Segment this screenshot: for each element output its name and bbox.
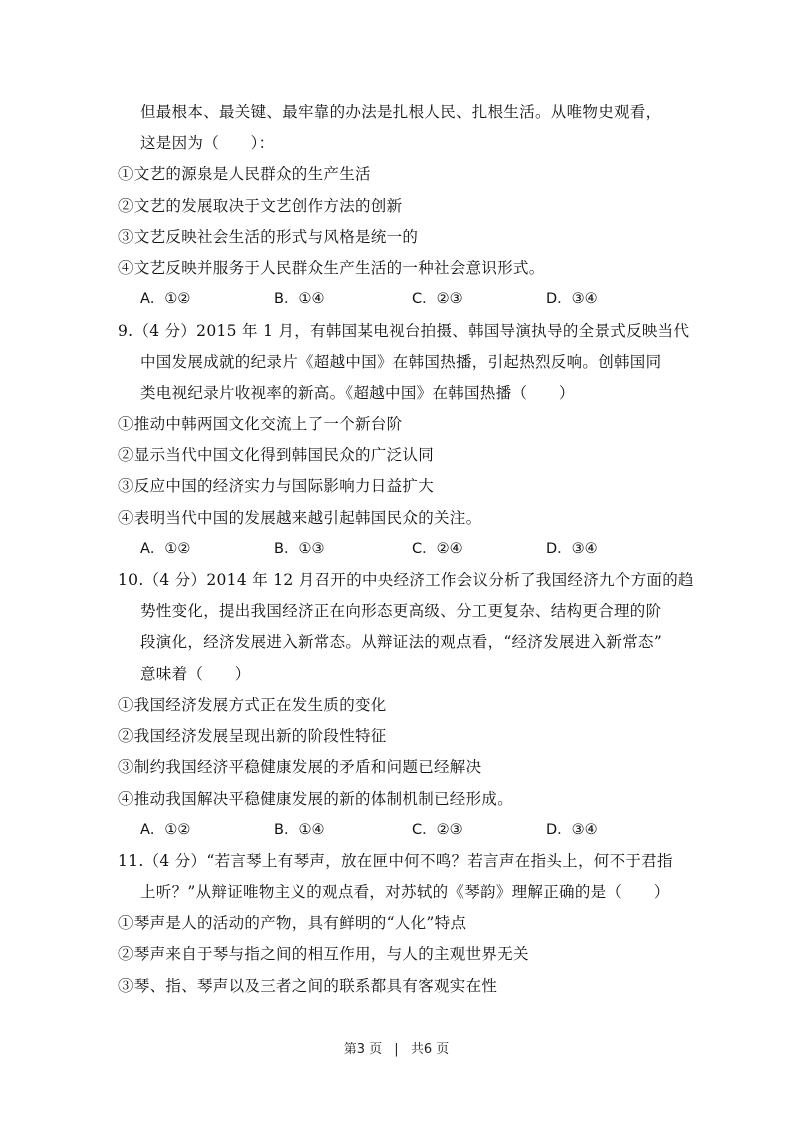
statement-option: ①文艺的源泉是人民群众的生产生活 [118,164,371,184]
page-footer: 第3 页 | 共6 页 [0,1038,793,1057]
choice-a: A．①② [140,539,190,559]
question-stem-line: 上听？”从辩证唯物主义的观点看，对苏轼的《琴韵》理解正确的是（ ） [140,882,670,902]
question-stem-line: 势性变化，提出我国经济正在向形态更高级、分工更复杂、结构更合理的阶 [140,601,661,621]
question-stem-line: 意味着（ ） [140,664,251,684]
question-text-line: 但最根本、最关键、最牢靠的办法是扎根人民、扎根生活。从唯物史观看， [140,102,661,122]
choice-c: C．②④ [412,539,463,559]
question-stem-line: 段演化，经济发展进入新常态。从辩证法的观点看，“经济发展进入新常态” [140,632,662,652]
statement-option: ②我国经济发展呈现出新的阶段性特征 [118,726,387,746]
question-stem-line: 11.（4 分）“若言琴上有琴声，放在匣中何不鸣？若言声在指头上，何不于君指 [118,851,673,871]
choice-a: A．①② [140,289,190,309]
choice-b: B．①④ [274,820,324,840]
statement-option: ①琴声是人的活动的产物，具有鲜明的“人化”特点 [118,913,466,933]
footer-separator: | [394,1042,398,1057]
statement-option: ①推动中韩两国文化交流上了一个新台阶 [118,414,402,434]
document-page: 但最根本、最关键、最牢靠的办法是扎根人民、扎根生活。从唯物史观看， 这是因为（ … [0,0,793,1122]
question-stem-line: 类电视纪录片收视率的新高。《超越中国》在韩国热播（ ） [140,383,575,403]
choice-c: C．②③ [412,289,463,309]
choice-a: A．①② [140,820,190,840]
statement-option: ③文艺反映社会生活的形式与风格是统一的 [118,227,418,247]
choice-d: D．③④ [546,820,598,840]
question-stem-line: 9.（4 分）2015 年 1 月，有韩国某电视台拍摄、韩国导演执导的全景式反映… [118,321,689,341]
statement-option: ②琴声来自于琴与指之间的相互作用，与人的主观世界无关 [118,944,529,964]
choice-c: C．②③ [412,820,463,840]
question-stem-line: 中国发展成就的纪录片《超越中国》在韩国热播，引起热烈反响。创韩国同 [140,352,661,372]
choice-b: B．①③ [274,539,324,559]
statement-option: ③琴、指、琴声以及三者之间的联系都具有客观实在性 [118,976,497,996]
choice-b: B．①④ [274,289,324,309]
total-pages: 共6 页 [411,1042,449,1057]
statement-option: ①我国经济发展方式正在发生质的变化 [118,695,387,715]
question-stem-line: 10.（4 分）2014 年 12 月召开的中央经济工作会议分析了我国经济九个方… [118,570,694,590]
statement-option: ②文艺的发展取决于文艺创作方法的创新 [118,196,402,216]
question-text-line: 这是因为（ ）： [140,133,274,153]
statement-option: ④推动我国解决平稳健康发展的新的体制机制已经形成。 [118,789,513,809]
statement-option: ③反应中国的经济实力与国际影响力日益扩大 [118,476,434,496]
current-page: 第3 页 [344,1042,382,1057]
statement-option: ③制约我国经济平稳健康发展的矛盾和问题已经解决 [118,757,481,777]
choice-d: D．③④ [546,539,598,559]
statement-option: ④表明当代中国的发展越来越引起韩国民众的关注。 [118,508,481,528]
choice-d: D．③④ [546,289,598,309]
statement-option: ②显示当代中国文化得到韩国民众的广泛认同 [118,445,434,465]
statement-option: ④文艺反映并服务于人民群众生产生活的一种社会意识形式。 [118,258,545,278]
